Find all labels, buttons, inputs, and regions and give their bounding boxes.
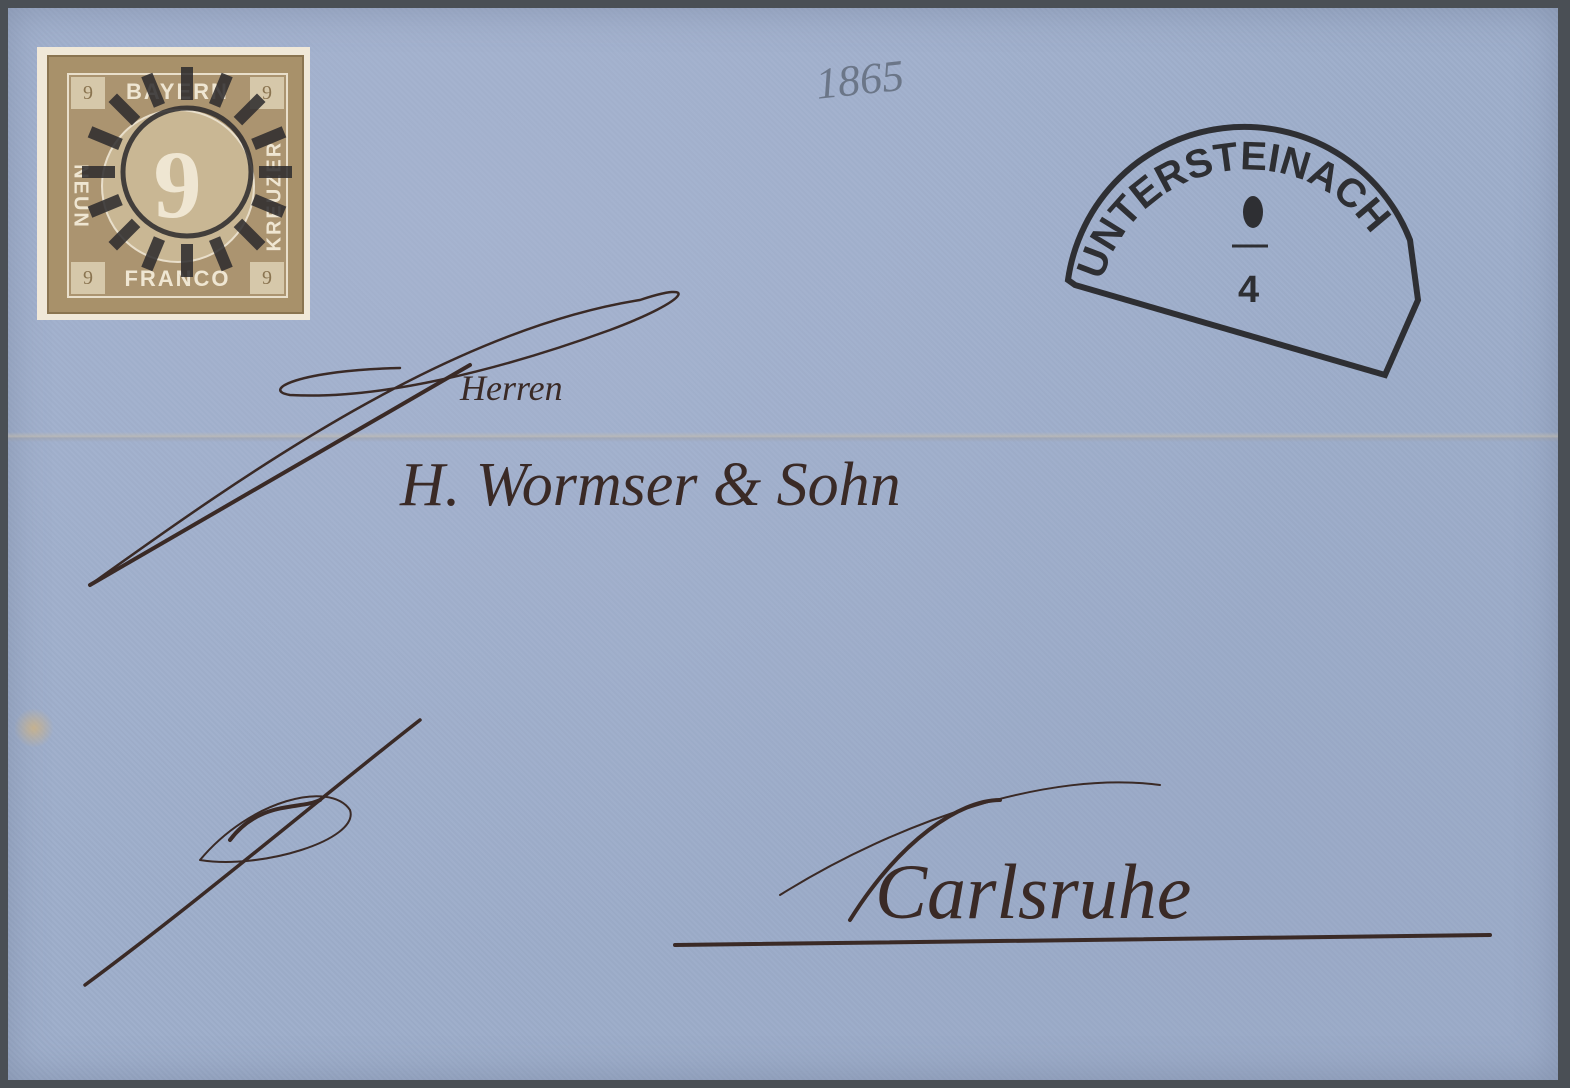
pencil-note: 1865 <box>813 51 906 109</box>
address-salutation: Herren <box>459 368 563 408</box>
wheel-cancel-icon <box>82 67 292 277</box>
postmark-town: UNTERSTEINACH <box>1069 134 1399 284</box>
ink-overlay: 1865 UNTERSTEINACH 4 Herren H. Wormser &… <box>0 0 1570 1088</box>
address-city: Carlsruhe <box>875 848 1191 935</box>
handwriting <box>85 292 1490 985</box>
postmark-month: 4 <box>1238 269 1259 311</box>
address-recipient: H. Wormser & Sohn <box>399 451 901 519</box>
postmark-day-dot <box>1243 196 1263 228</box>
